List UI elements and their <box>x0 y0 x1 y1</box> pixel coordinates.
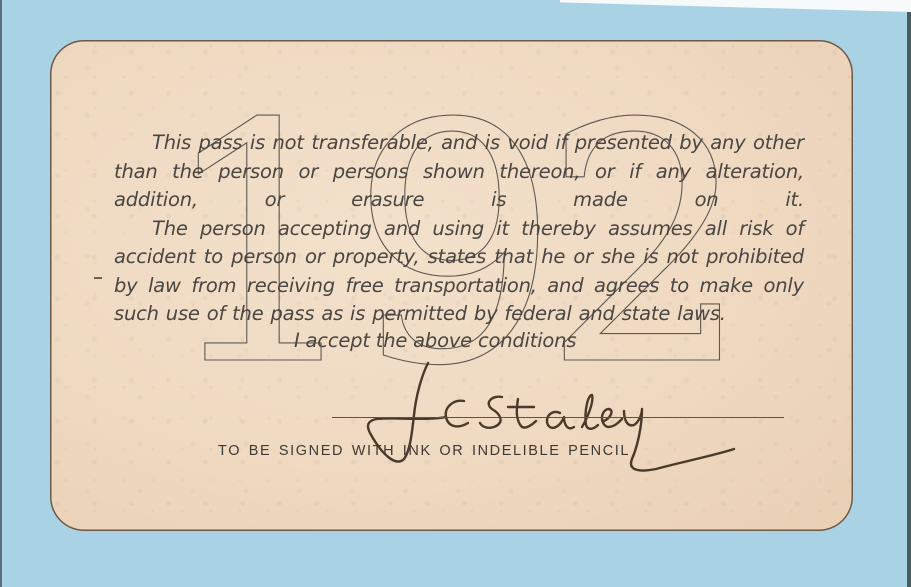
conditions-paragraph-1: This pass is not transferable, and is vo… <box>114 129 804 215</box>
signature-line <box>332 417 784 418</box>
conditions-paragraph-2: The person accepting and using it thereb… <box>114 215 804 329</box>
scan-edge-left <box>0 0 2 587</box>
margin-mark <box>94 277 102 279</box>
scanner-background: 1921 This pass is not transferable, and … <box>0 0 911 587</box>
signing-instruction: TO BE SIGNED WITH INK OR INDELIBLE PENCI… <box>218 443 630 459</box>
scan-edge-right <box>907 12 911 587</box>
scan-margin <box>560 0 911 12</box>
pass-conditions: This pass is not transferable, and is vo… <box>114 129 804 329</box>
acceptance-statement: I accept the above conditions <box>294 329 576 352</box>
railroad-pass-card: 1921 This pass is not transferable, and … <box>50 40 853 531</box>
